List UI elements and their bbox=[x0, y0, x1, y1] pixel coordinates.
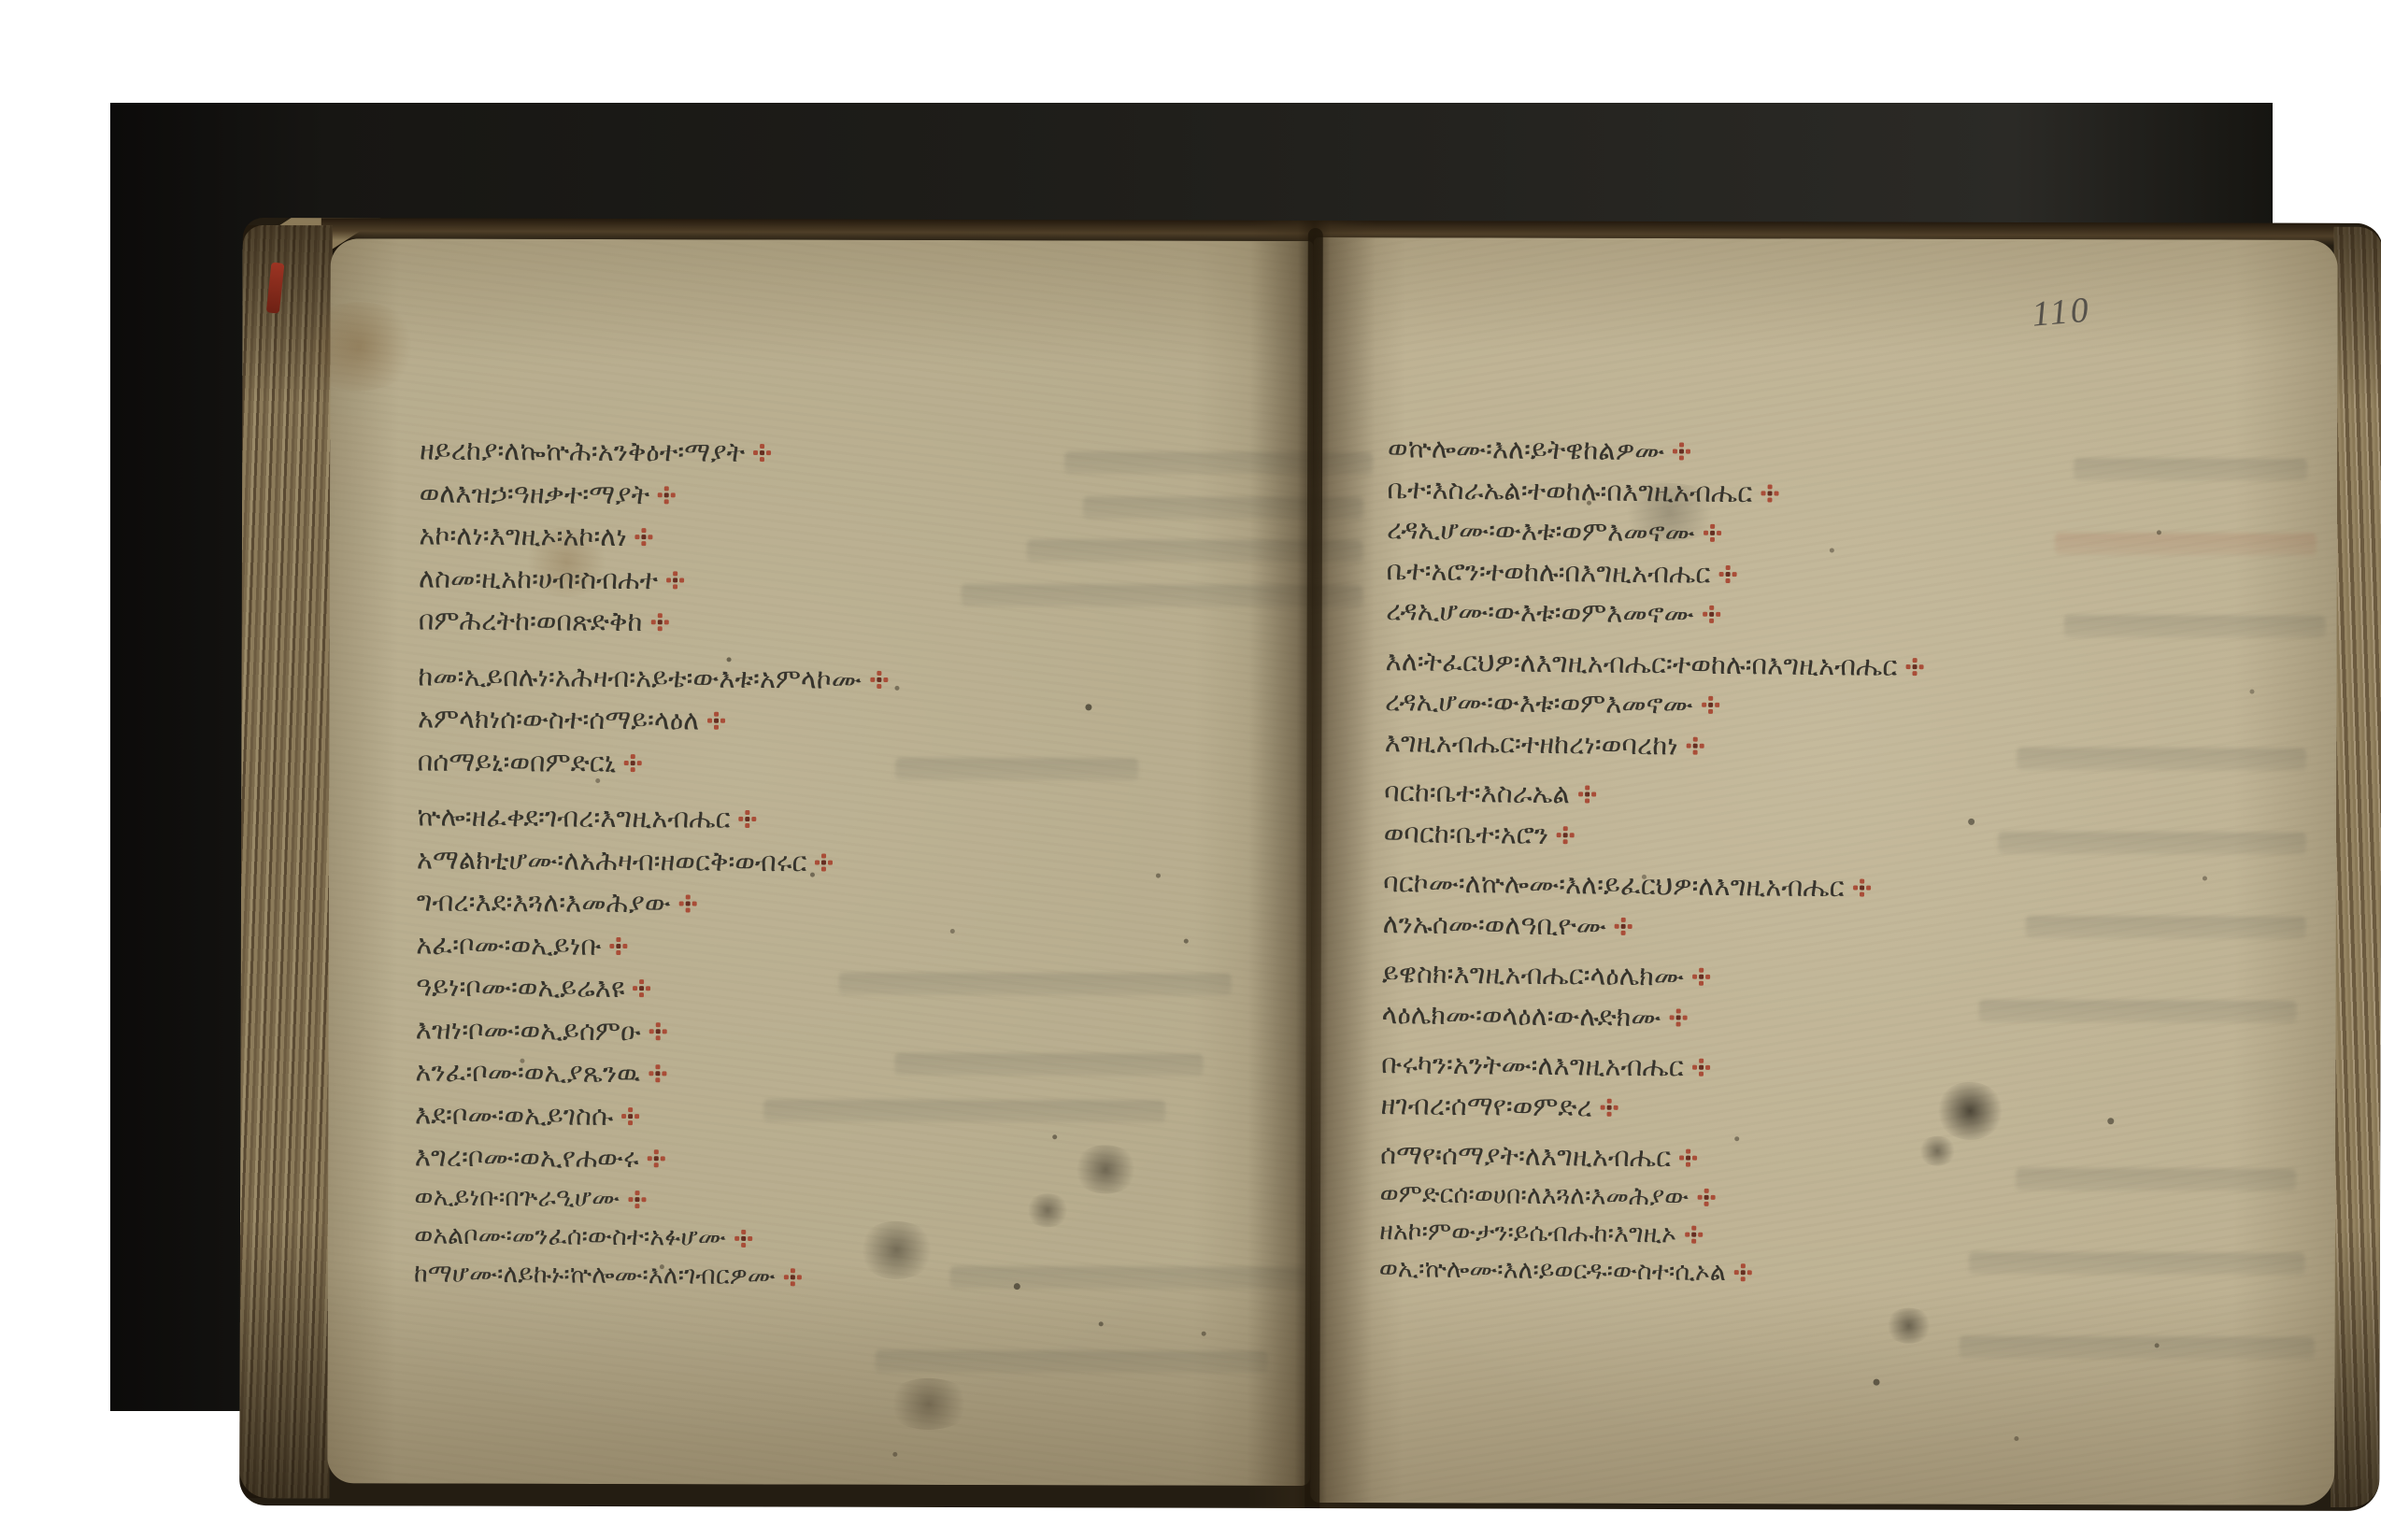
text-line: ከማሆሙ፡ለይኩኑ፡ኵሎሙ፡እለ፡ገብርዎሙ bbox=[414, 1255, 1419, 1301]
text-line: ዘይረከያ፡ለኰኵሕ፡አንቅዕተ፡ማያት bbox=[420, 430, 1424, 479]
paragraph-separator-mark bbox=[707, 712, 725, 730]
line-text: ቤተ፡አሮን፡ተወከሉ፡በእግዚአብሔር bbox=[1386, 554, 1710, 591]
scanned-manuscript-photo: 110 ዘይረከያ፡ለኰኵሕ፡አንቅዕተ፡ማያት ወለእዝኃ፡ዓዘቃተ፡ማያት … bbox=[0, 0, 2381, 1540]
paragraph-separator-mark bbox=[1692, 1059, 1710, 1077]
paragraph-separator-mark bbox=[648, 1149, 665, 1167]
text-line: ዓይነ፡ቦሙ፡ወኢይሬእዩ bbox=[416, 965, 1420, 1015]
paragraph-separator-mark bbox=[621, 1107, 639, 1125]
paragraph-separator-mark bbox=[649, 1064, 666, 1082]
paragraph-separator-mark bbox=[633, 979, 650, 997]
line-text: እደ፡ቦሙ፡ወኢይገስሱ bbox=[415, 1098, 613, 1132]
line-text: ከመ፡ኢይበሉነ፡አሕዛብ፡አይቴ፡ውእቱ፡አምላኮሙ bbox=[418, 660, 862, 695]
line-text: ቤተ፡እስራኤል፡ተወከሉ፡በእግዚአብሔር bbox=[1387, 473, 1752, 509]
paragraph-separator-mark bbox=[870, 671, 888, 689]
line-text: ወባርከ፡ቤተ፡አሮን bbox=[1384, 817, 1549, 851]
paragraph-separator-mark bbox=[1853, 879, 1871, 897]
line-text: እለ፡ትፈርህዎ፡ለእግዚአብሔር፡ተወከሉ፡በእግዚአብሔር bbox=[1385, 645, 1897, 683]
line-text: እዝነ፡ቦሙ፡ወኢይሰምዑ bbox=[416, 1013, 641, 1048]
paragraph-separator-mark bbox=[1703, 606, 1720, 623]
paragraph-separator-mark bbox=[1687, 736, 1704, 754]
line-text: አፈ፡ቦሙ፡ወኢይነቡ bbox=[416, 928, 602, 962]
paragraph-separator-mark bbox=[635, 528, 653, 546]
paragraph-separator-mark bbox=[734, 1229, 752, 1247]
paragraph-separator-mark bbox=[610, 937, 628, 955]
photo-background: 110 ዘይረከያ፡ለኰኵሕ፡አንቅዕተ፡ማያት ወለእዝኃ፡ዓዘቃተ፡ማያት … bbox=[110, 103, 2273, 1411]
text-line: አንፈ፡ቦሙ፡ወኢያጼንዉ bbox=[415, 1050, 1419, 1100]
line-text: ባርከ፡ቤተ፡እስራኤል bbox=[1384, 776, 1570, 810]
paragraph-separator-mark bbox=[1761, 484, 1778, 502]
line-text: አማልክቲሆሙ፡ለአሕዛብ፡ዘወርቅ፡ወብሩር bbox=[417, 843, 807, 878]
line-text: ቡሩካን፡አንትሙ፡ለእግዚአብሔር bbox=[1381, 1048, 1684, 1083]
text-line: ከመ፡ኢይበሉነ፡አሕዛብ፡አይቴ፡ውእቱ፡አምላኮሙ bbox=[418, 655, 1422, 705]
text-line: እደ፡ቦሙ፡ወኢይገስሱ bbox=[415, 1093, 1419, 1143]
paragraph-separator-mark bbox=[1601, 1098, 1618, 1116]
text-line: ለስመ፡ዚአከ፡ሀብ፡ስብሐተ bbox=[419, 557, 1423, 606]
text-line: አምላክነሰ፡ውስተ፡ሰማይ፡ላዕለ bbox=[418, 697, 1422, 747]
open-codex-book: 110 ዘይረከያ፡ለኰኵሕ፡አንቅዕተ፡ማያት ወለእዝኃ፡ዓዘቃተ፡ማያት … bbox=[239, 218, 2381, 1511]
paragraph-separator-mark bbox=[1697, 1189, 1715, 1206]
text-line: በምሕረትከ፡ወበጽድቅከ bbox=[419, 599, 1423, 649]
line-text: ረዳኢሆሙ፡ውእቱ፡ወምእመኖሙ bbox=[1386, 594, 1694, 630]
line-text: ወአልቦሙ፡መንፈሰ፡ውስተ፡አፉሆሙ bbox=[414, 1220, 726, 1252]
paragraph-separator-mark bbox=[1692, 968, 1710, 986]
paragraph-separator-mark bbox=[1679, 1149, 1697, 1167]
text-line: አማልክቲሆሙ፡ለአሕዛብ፡ዘወርቅ፡ወብሩር bbox=[417, 838, 1421, 888]
line-text: በሰማይኒ፡ወበምድርኒ bbox=[418, 745, 617, 778]
paragraph-separator-mark bbox=[658, 486, 676, 504]
line-text: ወኢ፡ኵሎሙ፡እለ፡ይወርዱ፡ውስተ፡ሲኦል bbox=[1379, 1254, 1726, 1288]
dirt-specks bbox=[243, 218, 246, 221]
paragraph-separator-mark bbox=[738, 810, 756, 828]
line-text: ለንኡሰሙ፡ወለዓቢዮሙ bbox=[1382, 907, 1606, 943]
line-text: ለስመ፡ዚአከ፡ሀብ፡ስብሐተ bbox=[419, 562, 658, 596]
text-line: አፈ፡ቦሙ፡ወኢይነቡ bbox=[416, 923, 1420, 973]
line-text: ዘአኮ፡ምውታን፡ይሴብሑከ፡እግዚኦ bbox=[1379, 1217, 1676, 1249]
line-text: ይዌስክ፡እግዚአብሔር፡ላዕሌክሙ bbox=[1382, 957, 1684, 992]
line-text: ወምድርሰ፡ወሀበ፡ለእጓለ፡እመሕያው bbox=[1379, 1179, 1689, 1212]
paragraph-separator-mark bbox=[1734, 1263, 1752, 1281]
line-text: ባርኮሙ፡ለኵሎሙ፡እለ፡ይፈርህዎ፡ለእግዚአብሔር bbox=[1383, 866, 1845, 904]
line-text: ኵሎ፡ዘፈቀደ፡ገብረ፡እግዚአብሔር bbox=[417, 801, 730, 835]
paragraph-separator-mark bbox=[1718, 565, 1736, 583]
paragraph-separator-mark bbox=[1578, 786, 1596, 804]
paragraph-separator-mark bbox=[628, 1191, 646, 1208]
paragraph-separator-mark bbox=[753, 444, 771, 462]
line-text: እግረ፡ቦሙ፡ወኢየሐውሩ bbox=[415, 1141, 639, 1176]
line-text: ዘይረከያ፡ለኰኵሕ፡አንቅዕተ፡ማያት bbox=[420, 435, 745, 469]
text-line: ኵሎ፡ዘፈቀደ፡ገብረ፡እግዚአብሔር bbox=[417, 795, 1421, 845]
line-text: ወኢይነቡ፡በጕራዒሆሙ bbox=[414, 1182, 620, 1214]
line-text: ረዳኢሆሙ፡ውእቱ፡ወምእመኖሙ bbox=[1387, 513, 1695, 549]
text-line: እዝነ፡ቦሙ፡ወኢይሰምዑ bbox=[416, 1008, 1420, 1058]
text-line: አኮ፡ለነ፡እግዚኦ፡አኮ፡ለነ bbox=[419, 514, 1423, 563]
paragraph-separator-mark bbox=[679, 895, 697, 913]
paragraph-separator-mark bbox=[650, 613, 668, 631]
line-text: ወኵሎሙ፡እለ፡ይትዌከልዎሙ bbox=[1388, 432, 1665, 467]
left-text-column: ዘይረከያ፡ለኰኵሕ፡አንቅዕተ፡ማያት ወለእዝኃ፡ዓዘቃተ፡ማያት አኮ፡ለ… bbox=[414, 430, 1424, 1301]
paragraph-separator-mark bbox=[1703, 524, 1720, 542]
paragraph-separator-mark bbox=[1669, 1008, 1687, 1026]
line-text: ላዕሌክሙ፡ወላዕለ፡ውሉድክሙ bbox=[1381, 998, 1661, 1034]
page-edges-left-stack bbox=[239, 225, 333, 1498]
folio-number-annotation: 110 bbox=[2031, 290, 2093, 335]
line-text: ሰማየ፡ሰማያት፡ለእግዚአብሔር bbox=[1380, 1138, 1671, 1174]
paragraph-separator-mark bbox=[1905, 658, 1923, 676]
line-text: አምላክነሰ፡ውስተ፡ሰማይ፡ላዕለ bbox=[418, 703, 699, 737]
text-line: እግረ፡ቦሙ፡ወኢየሐውሩ bbox=[415, 1135, 1419, 1185]
line-text: እግዚአብሔር፡ተዘከረነ፡ወባረከነ bbox=[1385, 726, 1678, 762]
paragraph-separator-mark bbox=[784, 1268, 802, 1286]
paragraph-separator-mark bbox=[649, 1022, 667, 1040]
paragraph-separator-mark bbox=[1702, 696, 1719, 714]
text-line: በሰማይኒ፡ወበምድርኒ bbox=[418, 740, 1422, 790]
line-text: ዘገብረ፡ሰማየ፡ወምድረ bbox=[1380, 1089, 1591, 1123]
paragraph-separator-mark bbox=[1615, 918, 1632, 935]
line-text: ረዳኢሆሙ፡ውእቱ፡ወምእመኖሙ bbox=[1385, 685, 1693, 720]
line-text: ወለእዝኃ፡ዓዘቃተ፡ማያት bbox=[420, 477, 650, 511]
paragraph-separator-mark bbox=[1685, 1226, 1703, 1244]
line-text: ግብረ፡እደ፡እጓለ፡እመሕያው bbox=[417, 886, 671, 920]
line-text: አኮ፡ለነ፡እግዚኦ፡አኮ፡ለነ bbox=[419, 520, 627, 554]
line-text: በምሕረትከ፡ወበጽድቅከ bbox=[419, 605, 643, 639]
paragraph-separator-mark bbox=[1557, 826, 1575, 844]
line-text: አንፈ፡ቦሙ፡ወኢያጼንዉ bbox=[415, 1056, 640, 1091]
line-text: ዓይነ፡ቦሙ፡ወኢይሬእዩ bbox=[416, 971, 625, 1005]
paragraph-separator-mark bbox=[815, 853, 833, 871]
text-line: ግብረ፡እደ፡እጓለ፡እመሕያው bbox=[417, 880, 1421, 930]
paragraph-separator-mark bbox=[624, 754, 642, 772]
paragraph-separator-mark bbox=[666, 571, 684, 589]
line-text: ከማሆሙ፡ለይኩኑ፡ኵሎሙ፡እለ፡ገብርዎሙ bbox=[414, 1259, 776, 1291]
right-text-column: ወኵሎሙ፡እለ፡ይትዌከልዎሙ ቤተ፡እስራኤል፡ተወከሉ፡በእግዚአብሔር ረ… bbox=[1379, 428, 2381, 1298]
text-line: ወለእዝኃ፡ዓዘቃተ፡ማያት bbox=[420, 472, 1424, 521]
paragraph-separator-mark bbox=[1673, 443, 1690, 461]
